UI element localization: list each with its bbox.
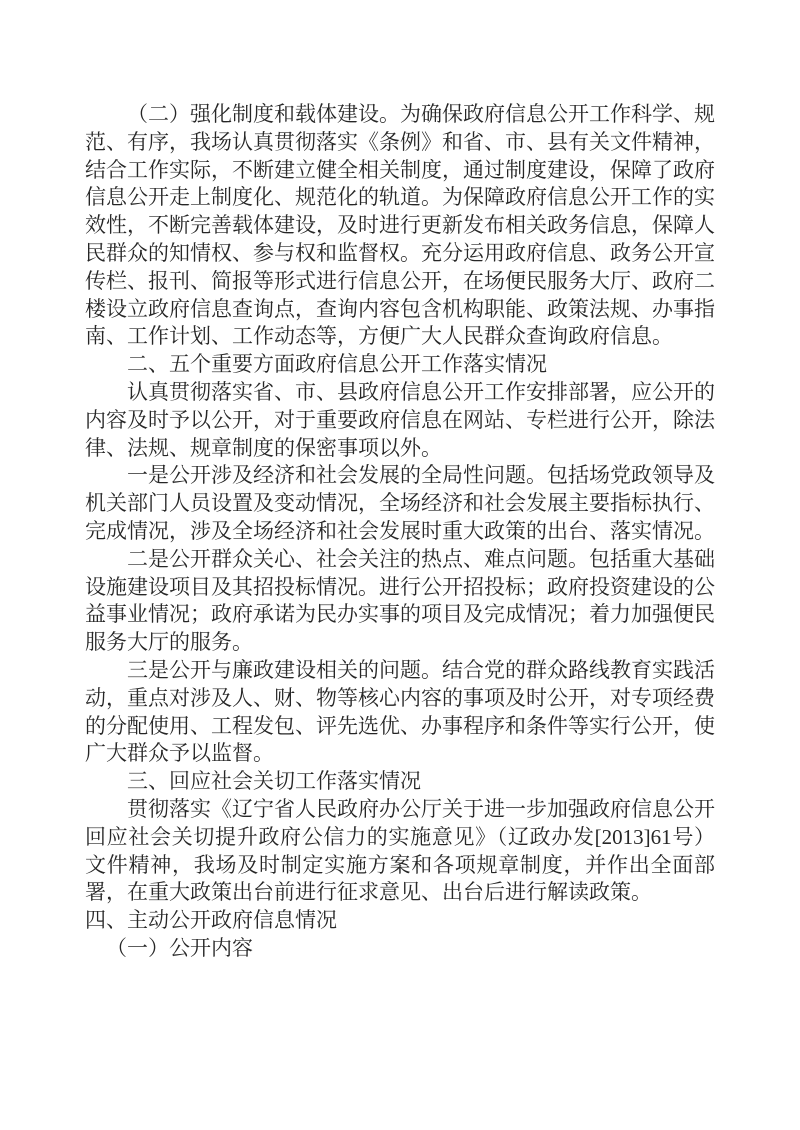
paragraph-point-2-public-concerns: 二是公开群众关心、社会关注的热点、难点问题。包括重大基础设施建设项目及其招投标情… — [85, 546, 715, 657]
paragraph-liaoning-implementation-opinion: 贯彻落实《辽宁省人民政府办公厅关于进一步加强政府信息公开回应社会关切提升政府公信… — [85, 796, 715, 907]
paragraph-point-3-clean-governance: 三是公开与廉政建设相关的问题。结合党的群众路线教育实践活动，重点对涉及人、财、物… — [85, 657, 715, 768]
paragraph-institution-and-carrier-building: （二）强化制度和载体建设。为确保政府信息公开工作科学、规范、有序，我场认真贯彻落… — [85, 101, 715, 351]
document-body: （二）强化制度和载体建设。为确保政府信息公开工作科学、规范、有序，我场认真贯彻落… — [85, 101, 715, 963]
document-page: （二）强化制度和载体建设。为确保政府信息公开工作科学、规范、有序，我场认真贯彻落… — [0, 0, 800, 1130]
heading-section-3-responding-to-public-concerns: 三、回应社会关切工作落实情况 — [85, 768, 715, 796]
paragraph-point-1-economic-social-development: 一是公开涉及经济和社会发展的全局性问题。包括场党政领导及机关部门人员设置及变动情… — [85, 462, 715, 545]
heading-section-2-five-key-areas: 二、五个重要方面政府信息公开工作落实情况 — [85, 351, 715, 379]
heading-section-4-proactive-disclosure: 四、主动公开政府信息情况 — [85, 907, 715, 935]
paragraph-implementation-overview: 认真贯彻落实省、市、县政府信息公开工作安排部署，应公开的内容及时予以公开，对于重… — [85, 379, 715, 462]
subheading-disclosure-content: （一）公开内容 — [85, 935, 715, 963]
